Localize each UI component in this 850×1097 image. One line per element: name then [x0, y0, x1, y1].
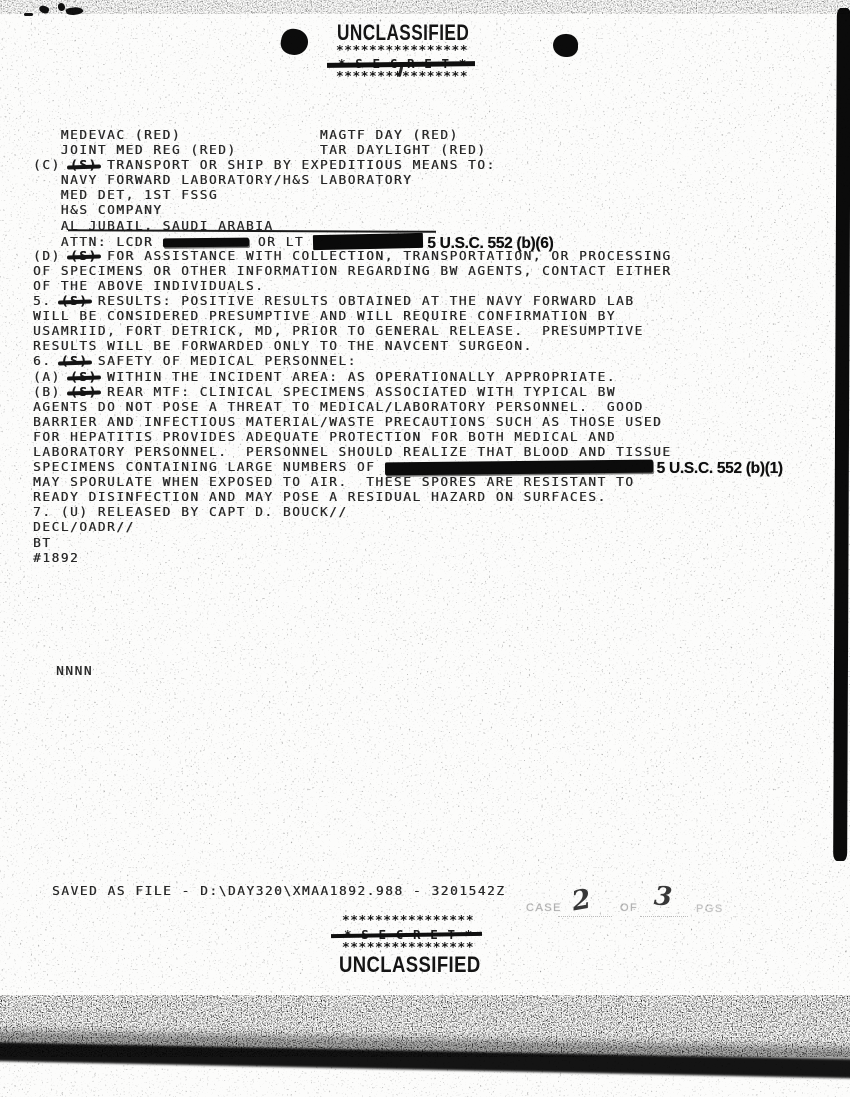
margin-redaction-bar	[833, 8, 850, 861]
body-line: MAY SPORULATE WHEN EXPOSED TO AIR. THESE…	[33, 475, 783, 490]
body-text: MED DET, 1ST FSSG	[33, 188, 218, 203]
stamp-blank-line	[640, 916, 688, 917]
body-line: H&S COMPANY	[33, 203, 783, 218]
body-text: FOR ASSISTANCE WITH COLLECTION, TRANSPOR…	[98, 249, 672, 264]
body-line: LABORATORY PERSONNEL. PERSONNEL SHOULD R…	[33, 445, 783, 460]
body-text: REAR MTF: CLINICAL SPECIMENS ASSOCIATED …	[98, 385, 616, 400]
page-count-stamp: CASE 2 OF 3 PGS	[526, 890, 756, 928]
body-text: USAMRIID, FORT DETRICK, MD, PRIOR TO GEN…	[33, 324, 644, 339]
body-line: MEDEVAC (RED) MAGTF DAY (RED)	[33, 128, 783, 143]
body-text: ATTN: LCDR	[33, 235, 163, 250]
body-text: JOINT MED REG (RED) TAR DAYLIGHT (RED)	[33, 143, 486, 158]
body-text: MEDEVAC (RED) MAGTF DAY (RED)	[33, 128, 459, 143]
struck-classification-mark: (S)	[61, 294, 89, 309]
body-line: (D) (S) FOR ASSISTANCE WITH COLLECTION, …	[33, 249, 783, 264]
struck-classification-mark: (S)	[70, 158, 98, 173]
body-text: 6.	[33, 354, 61, 369]
body-line: 5. (S) RESULTS: POSITIVE RESULTS OBTAINE…	[33, 294, 783, 309]
stamp-word: OF	[620, 902, 638, 914]
body-line: 7. (U) RELEASED BY CAPT D. BOUCK//	[33, 505, 783, 520]
body-line: FOR HEPATITIS PROVIDES ADEQUATE PROTECTI…	[33, 430, 783, 445]
body-line: WILL BE CONSIDERED PRESUMPTIVE AND WILL …	[33, 309, 783, 324]
corner-ink-mark	[65, 5, 83, 17]
body-text: FOR HEPATITIS PROVIDES ADEQUATE PROTECTI…	[33, 430, 616, 445]
body-line: DECL/OADR//	[33, 520, 783, 535]
body-text: (A)	[33, 370, 70, 385]
body-text: OR LT	[249, 235, 314, 250]
handwritten-page-number: 2	[569, 884, 593, 918]
body-text: WILL BE CONSIDERED PRESUMPTIVE AND WILL …	[33, 309, 616, 324]
handwritten-total-pages: 3	[653, 881, 673, 912]
body-text: TRANSPORT OR SHIP BY EXPEDITIOUS MEANS T…	[98, 158, 496, 173]
body-text: BT	[33, 536, 52, 551]
asterisk-row: ****************	[336, 69, 468, 84]
corner-ink-mark	[24, 13, 33, 16]
struck-classification-mark: (S)	[70, 370, 98, 385]
body-line: RESULTS WILL BE FORWARDED ONLY TO THE NA…	[33, 339, 783, 354]
body-line: OF THE ABOVE INDIVIDUALS.	[33, 279, 783, 294]
body-line: BARRIER AND INFECTIOUS MATERIAL/WASTE PR…	[33, 415, 783, 430]
body-text: DECL/OADR//	[33, 520, 135, 535]
body-text: WITHIN THE INCIDENT AREA: AS OPERATIONAL…	[98, 370, 616, 385]
body-text: NAVY FORWARD LABORATORY/H&S LABORATORY	[33, 173, 412, 188]
body-line: USAMRIID, FORT DETRICK, MD, PRIOR TO GEN…	[33, 324, 783, 339]
body-text: 5.	[33, 294, 61, 309]
redaction-box	[313, 233, 423, 250]
asterisk-row: ****************	[342, 913, 474, 928]
document-page: UNCLASSIFIED **************** * S E C R …	[0, 0, 850, 1097]
message-body: MEDEVAC (RED) MAGTF DAY (RED) JOINT MED …	[33, 128, 783, 566]
body-text: LABORATORY PERSONNEL. PERSONNEL SHOULD R…	[33, 445, 672, 460]
body-text: OF THE ABOVE INDIVIDUALS.	[33, 279, 264, 294]
body-text: BARRIER AND INFECTIOUS MATERIAL/WASTE PR…	[33, 415, 662, 430]
body-text: (B)	[33, 385, 70, 400]
body-line: BT	[33, 536, 783, 551]
redaction-strike-bar	[163, 237, 249, 247]
body-text: OF SPECIMENS OR OTHER INFORMATION REGARD…	[33, 264, 672, 279]
body-line: (A) (S) WITHIN THE INCIDENT AREA: AS OPE…	[33, 370, 783, 385]
struck-classification-mark: (S)	[61, 354, 89, 369]
corner-ink-mark	[38, 4, 50, 14]
stamp-blank-line	[558, 916, 612, 917]
body-line: NAVY FORWARD LABORATORY/H&S LABORATORY	[33, 173, 783, 188]
body-text: #1892	[33, 551, 79, 566]
body-text: MAY SPORULATE WHEN EXPOSED TO AIR. THESE…	[33, 475, 635, 490]
body-line: OF SPECIMENS OR OTHER INFORMATION REGARD…	[33, 264, 783, 279]
corner-ink-mark	[57, 2, 65, 11]
redaction-strike-bar	[385, 460, 653, 476]
body-line: READY DISINFECTION AND MAY POSE A RESIDU…	[33, 490, 783, 505]
unclassified-stamp-bottom: UNCLASSIFIED	[339, 952, 481, 978]
body-text: H&S COMPANY	[33, 203, 163, 218]
body-line: #1892	[33, 551, 783, 566]
body-line: MED DET, 1ST FSSG	[33, 188, 783, 203]
stamp-word: PGS	[696, 903, 724, 915]
struck-classification-mark: (S)	[70, 385, 98, 400]
body-line: JOINT MED REG (RED) TAR DAYLIGHT (RED)	[33, 143, 783, 158]
body-text: RESULTS WILL BE FORWARDED ONLY TO THE NA…	[33, 339, 533, 354]
stamp-word: CASE	[526, 902, 562, 914]
body-text: SPECIMENS CONTAINING LARGE NUMBERS OF	[33, 460, 385, 475]
body-text: READY DISINFECTION AND MAY POSE A RESIDU…	[33, 490, 607, 505]
struck-classification-mark: (S)	[70, 249, 98, 264]
saved-file-line: SAVED AS FILE - D:\DAY320\XMAA1892.988 -…	[52, 884, 505, 899]
body-line: (C) (S) TRANSPORT OR SHIP BY EXPEDITIOUS…	[33, 158, 783, 173]
body-text: (D)	[33, 249, 70, 264]
body-text: AGENTS DO NOT POSE A THREAT TO MEDICAL/L…	[33, 400, 644, 415]
body-text: 7. (U) RELEASED BY CAPT D. BOUCK//	[33, 505, 348, 520]
hole-punch-mark	[553, 34, 578, 57]
body-text: (C)	[33, 158, 70, 173]
body-line: 6. (S) SAFETY OF MEDICAL PERSONNEL:	[33, 354, 783, 369]
body-line: SPECIMENS CONTAINING LARGE NUMBERS OF 5 …	[33, 460, 783, 475]
hole-punch-mark	[279, 26, 311, 57]
body-text: SAFETY OF MEDICAL PERSONNEL:	[89, 354, 357, 369]
foia-exemption-label: 5 U.S.C. 552 (b)(1)	[657, 461, 783, 476]
message-end-marker: NNNN	[56, 664, 93, 679]
body-text: RESULTS: POSITIVE RESULTS OBTAINED AT TH…	[89, 294, 635, 309]
body-line: (B) (S) REAR MTF: CLINICAL SPECIMENS ASS…	[33, 385, 783, 400]
body-line: ATTN: LCDR OR LT 5 U.S.C. 552 (b)(6)	[33, 234, 783, 249]
body-line: AGENTS DO NOT POSE A THREAT TO MEDICAL/L…	[33, 400, 783, 415]
